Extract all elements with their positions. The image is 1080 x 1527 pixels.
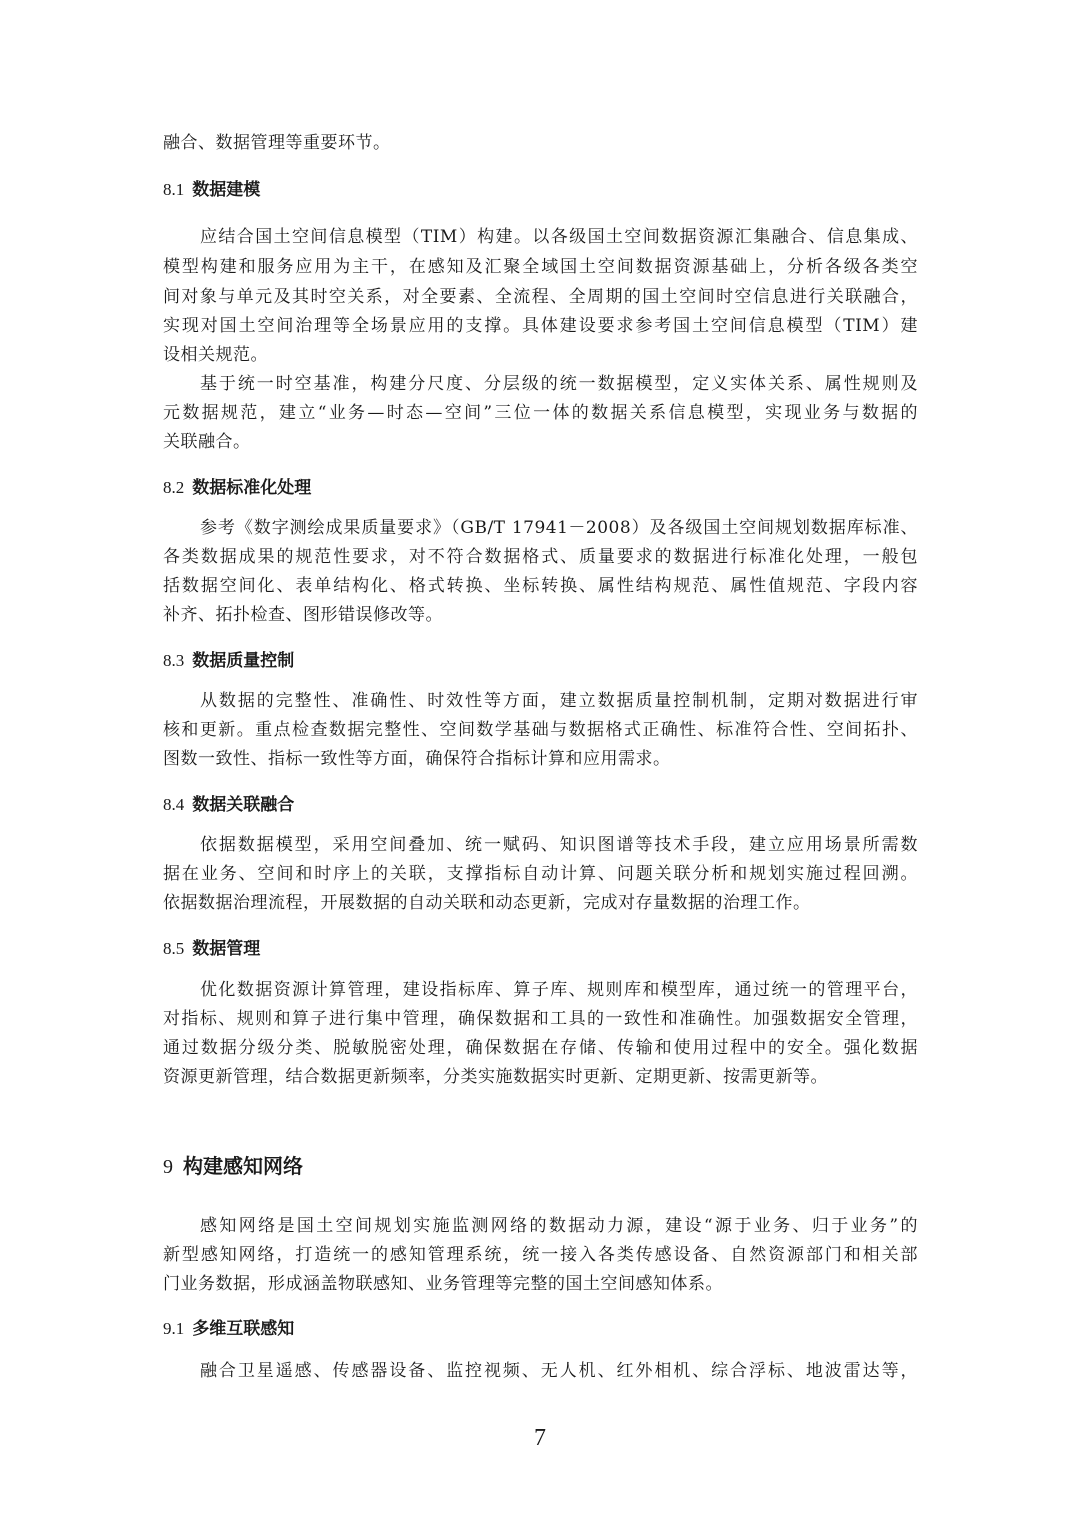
paragraph-line: 从数据的完整性、准确性、时效性等方面，建立数据质量控制机制，定期对数据进行审 [200, 691, 918, 711]
section-heading-8-5: 8.5数据管理 [163, 939, 260, 959]
page-number: 7 [0, 1424, 1080, 1452]
paragraph-line: 对指标、规则和算子进行集中管理，确保数据和工具的一致性和准确性。加强数据安全管理… [163, 1009, 918, 1029]
paragraph-line: 图数一致性、指标一致性等方面，确保符合指标计算和应用需求。 [163, 749, 918, 769]
paragraph-line: 各类数据成果的规范性要求，对不符合数据格式、质量要求的数据进行标准化处理，一般包 [163, 547, 918, 567]
section-heading-8-2: 8.2数据标准化处理 [163, 478, 311, 498]
paragraph-line: 基于统一时空基准，构建分尺度、分层级的统一数据模型，定义实体关系、属性规则及 [200, 374, 918, 394]
paragraph-line: 关联融合。 [163, 432, 918, 452]
paragraph-line: 元数据规范，建立“业务—时态—空间”三位一体的数据关系信息模型，实现业务与数据的 [163, 403, 918, 423]
paragraph-line: 融合卫星遥感、传感器设备、监控视频、无人机、红外相机、综合浮标、地波雷达等， [200, 1361, 918, 1381]
paragraph-line: 感知网络是国土空间规划实施监测网络的数据动力源，建设“源于业务、归于业务”的 [200, 1216, 918, 1236]
paragraph-line: 通过数据分级分类、脱敏脱密处理，确保数据在存储、传输和使用过程中的安全。强化数据 [163, 1038, 918, 1058]
paragraph-line: 依据数据模型，采用空间叠加、统一赋码、知识图谱等技术手段，建立应用场景所需数 [200, 835, 918, 855]
paragraph-line: 依据数据治理流程，开展数据的自动关联和动态更新，完成对存量数据的治理工作。 [163, 893, 918, 913]
paragraph-line: 核和更新。重点检查数据完整性、空间数学基础与数据格式正确性、标准符合性、空间拓扑… [163, 720, 918, 740]
paragraph-line: 模型构建和服务应用为主干，在感知及汇聚全域国土空间数据资源基础上，分析各级各类空 [163, 257, 918, 277]
paragraph-line: 参考《数字测绘成果质量要求》（GB/T 17941－2008）及各级国土空间规划… [200, 518, 918, 538]
section-heading-9-1: 9.1多维互联感知 [163, 1319, 294, 1339]
paragraph-line: 实现对国土空间治理等全场景应用的支撑。具体建设要求参考国土空间信息模型（TIM）… [163, 316, 918, 336]
paragraph-line: 资源更新管理，结合数据更新频率，分类实施数据实时更新、定期更新、按需更新等。 [163, 1067, 918, 1087]
document-page: 融合、数据管理等重要环节。 8.1数据建模 应结合国土空间信息模型（TIM）构建… [0, 0, 1080, 1527]
paragraph-line: 门业务数据，形成涵盖物联感知、业务管理等完整的国土空间感知体系。 [163, 1274, 918, 1294]
section-heading-8-1: 8.1数据建模 [163, 180, 260, 200]
continuation-text: 融合、数据管理等重要环节。 [163, 133, 918, 153]
paragraph-line: 设相关规范。 [163, 345, 918, 365]
paragraph-line: 据在业务、空间和时序上的关联，支撑指标自动计算、问题关联分析和规划实施过程回溯。 [163, 864, 918, 884]
paragraph-line: 优化数据资源计算管理，建设指标库、算子库、规则库和模型库，通过统一的管理平台， [200, 980, 918, 1000]
section-heading-8-3: 8.3数据质量控制 [163, 651, 294, 671]
paragraph-line: 括数据空间化、表单结构化、格式转换、坐标转换、属性结构规范、属性值规范、字段内容 [163, 576, 918, 596]
chapter-heading-9: 9构建感知网络 [163, 1154, 303, 1179]
section-heading-8-4: 8.4数据关联融合 [163, 795, 294, 815]
paragraph-line: 应结合国土空间信息模型（TIM）构建。以各级国土空间数据资源汇集融合、信息集成、 [200, 227, 918, 247]
paragraph-line: 补齐、拓扑检查、图形错误修改等。 [163, 605, 918, 625]
paragraph-line: 新型感知网络，打造统一的感知管理系统，统一接入各类传感设备、自然资源部门和相关部 [163, 1245, 918, 1265]
paragraph-line: 间对象与单元及其时空关系，对全要素、全流程、全周期的国土空间时空信息进行关联融合… [163, 287, 918, 307]
